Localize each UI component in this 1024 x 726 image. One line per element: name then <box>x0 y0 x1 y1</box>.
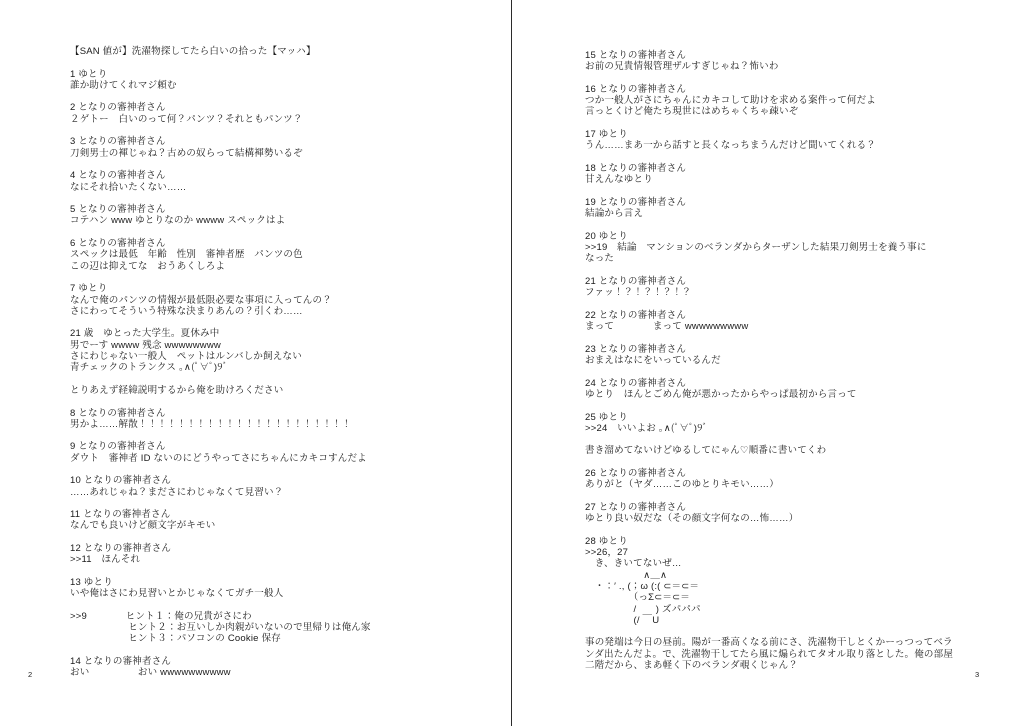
post-paragraph: 28 ゆとり >>26，27 き、きいてないぜ… ∧＿∧ ・：′ ., (；ω … <box>585 536 982 626</box>
post-paragraph: 22 となりの審神者さん まって まって wwwwwwwww <box>585 310 982 333</box>
post-paragraph: 8 となりの審神者さん 男かよ……解散！！！！！！！！！！！！！！！！！！！！！… <box>70 408 485 431</box>
post-paragraph: 18 となりの審神者さん 甘えんなゆとり <box>585 163 982 186</box>
post-paragraph: 7 ゆとり なんで俺のパンツの情報が最低限必要な事項に入ってんの？ さにわってそ… <box>70 283 485 317</box>
page-right: 15 となりの審神者さん お前の兄貴情報管理ザルすぎじゃね？怖いわ16 となりの… <box>512 0 1024 726</box>
post-paragraph: 19 となりの審神者さん 結論から言え <box>585 197 982 220</box>
post-paragraph: 事の発端は今日の昼前。陽が一番高くなる前にさ、洗濯物干しとくかーっつってベラ ン… <box>585 637 982 671</box>
post-paragraph: 27 となりの審神者さん ゆとり良い奴だな（その顔文字何なの…怖……） <box>585 502 982 525</box>
page-left-body: 1 ゆとり 誰か助けてくれマジ頼む2 となりの審神者さん ２ゲトー 白いのって何… <box>70 69 485 679</box>
post-paragraph: 17 ゆとり うん……まあ一から話すと長くなっちまうんだけど聞いてくれる？ <box>585 129 982 152</box>
page-number-left: 2 <box>28 671 32 679</box>
post-paragraph: 25 ゆとり >>24 いいよお ｡∧(ﾟ∀ﾟ)9ﾞ <box>585 412 982 435</box>
post-paragraph: 14 となりの審神者さん おい おい wwwwwwwwww <box>70 656 485 679</box>
post-paragraph: 21 歳 ゆとった大学生。夏休み中 男でーす wwww 残念 wwwwwwww … <box>70 328 485 373</box>
post-paragraph: 15 となりの審神者さん お前の兄貴情報管理ザルすぎじゃね？怖いわ <box>585 50 982 73</box>
thread-title: 【SAN 値が】洗濯物探してたら白いの拾った【マッハ】 <box>70 46 485 57</box>
page-left: 【SAN 値が】洗濯物探してたら白いの拾った【マッハ】 1 ゆとり 誰か助けてく… <box>0 0 511 726</box>
post-paragraph: 1 ゆとり 誰か助けてくれマジ頼む <box>70 69 485 92</box>
post-paragraph: 21 となりの審神者さん ファッ！？！？！？！？ <box>585 276 982 299</box>
post-paragraph: 26 となりの審神者さん ありがと（ヤダ……このゆとりキモい……） <box>585 468 982 491</box>
post-paragraph: 23 となりの審神者さん おまえはなにをいっているんだ <box>585 344 982 367</box>
post-paragraph: 24 となりの審神者さん ゆとり ほんとごめん俺が悪かったからやっぱ最初から言っ… <box>585 378 982 401</box>
post-paragraph: 12 となりの審神者さん >>11 ほんそれ <box>70 543 485 566</box>
page-right-body: 15 となりの審神者さん お前の兄貴情報管理ザルすぎじゃね？怖いわ16 となりの… <box>585 50 982 671</box>
post-paragraph: 書き溜めてないけどゆるしてにゃん♡順番に書いてくわ <box>585 445 982 456</box>
page-divider <box>511 0 512 726</box>
document-spread: 【SAN 値が】洗濯物探してたら白いの拾った【マッハ】 1 ゆとり 誰か助けてく… <box>0 0 1024 726</box>
post-paragraph: 2 となりの審神者さん ２ゲトー 白いのって何？パンツ？それともパンツ？ <box>70 102 485 125</box>
post-paragraph: とりあえず経緯説明するから俺を助けろください <box>70 385 485 396</box>
page-number-right: 3 <box>975 671 979 679</box>
post-paragraph: 16 となりの審神者さん つか一般人がさにちゃんにカキコして助けを求める案件って… <box>585 84 982 118</box>
post-paragraph: 13 ゆとり いや俺はさにわ見習いとかじゃなくてガチ一般人 <box>70 577 485 600</box>
post-paragraph: 4 となりの審神者さん なにそれ拾いたくない…… <box>70 170 485 193</box>
post-paragraph: 9 となりの審神者さん ダウト 審神者 ID ないのにどうやってさにちゃんにカキ… <box>70 441 485 464</box>
post-paragraph: 11 となりの審神者さん なんでも良いけど顔文字がキモい <box>70 509 485 532</box>
post-paragraph: 10 となりの審神者さん ……あれじゃね？まださにわじゃなくて見習い？ <box>70 475 485 498</box>
post-paragraph: 3 となりの審神者さん 刀剣男士の褌じゃね？古めの奴らって結構褌勢いるぞ <box>70 136 485 159</box>
post-paragraph: 6 となりの審神者さん スペックは最低 年齢 性別 審神者歴 パンツの色 この辺… <box>70 238 485 272</box>
post-paragraph: 5 となりの審神者さん コテハン www ゆとりなのか wwww スペックはよ <box>70 204 485 227</box>
post-paragraph: >>9 ヒント１：俺の兄貴がさにわ ヒント２：お互いしか肉親がいないので里帰りは… <box>70 611 485 645</box>
post-paragraph: 20 ゆとり >>19 結論 マンションのベランダからターザンした結果刀剣男士を… <box>585 231 982 265</box>
